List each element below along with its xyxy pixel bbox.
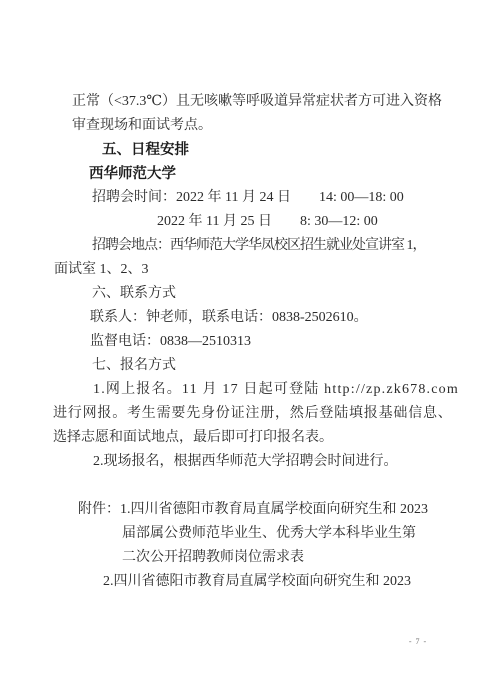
online-registration-line-2: 进行网报。考生需要先身份证注册，然后登陆填报基础信息、 <box>0 402 488 426</box>
supervision-phone-line: 监督电话：0838—2510313 <box>0 330 488 354</box>
recruitment-time-line-2: 2022 年 11 月 25 日 8: 30—12: 00 <box>0 210 488 234</box>
body-text-line: 正常（<37.3℃）且无咳嗽等呼吸道异常症状者方可进入资格 <box>0 90 488 114</box>
attachments-line-2: 届部属公费师范毕业生、优秀大学本科毕业生第 <box>0 522 488 546</box>
section-heading-schedule: 五、日程安排 <box>0 138 488 162</box>
onsite-registration-line: 2.现场报名，根据西华师范大学招聘会时间进行。 <box>0 450 488 474</box>
document-body: 正常（<37.3℃）且无咳嗽等呼吸道异常症状者方可进入资格 审查现场和面试考点。… <box>0 90 488 594</box>
page-number: - 7 - <box>400 637 436 646</box>
body-text-line: 审查现场和面试考点。 <box>0 114 488 138</box>
university-name: 西华师范大学 <box>0 162 488 186</box>
document-page: 正常（<37.3℃）且无咳嗽等呼吸道异常症状者方可进入资格 审查现场和面试考点。… <box>0 0 488 691</box>
section-heading-contact: 六、联系方式 <box>0 282 488 306</box>
online-registration-line-3: 选择志愿和面试地点，最后即可打印报名表。 <box>0 426 488 450</box>
attachments-line-3: 二次公开招聘教师岗位需求表 <box>0 546 488 570</box>
recruitment-time-line-1: 招聘会时间：2022 年 11 月 24 日 14: 00—18: 00 <box>0 186 488 210</box>
online-registration-line-1: 1.网上报名。11 月 17 日起可登陆 http://zp.zk678.com <box>0 378 488 402</box>
recruitment-location-line-2: 面试室 1、2、3 <box>0 258 488 282</box>
recruitment-location-line-1: 招聘会地点：西华师范大学华凤校区招生就业处宣讲室 1， <box>0 234 488 258</box>
section-heading-registration: 七、报名方式 <box>0 354 488 378</box>
attachments-line-4: 2.四川省德阳市教育局直属学校面向研究生和 2023 <box>0 570 488 594</box>
contact-person-line: 联系人：钟老师，联系电话：0838-2502610。 <box>0 306 488 330</box>
attachments-line-1: 附件：1.四川省德阳市教育局直属学校面向研究生和 2023 <box>0 498 488 522</box>
